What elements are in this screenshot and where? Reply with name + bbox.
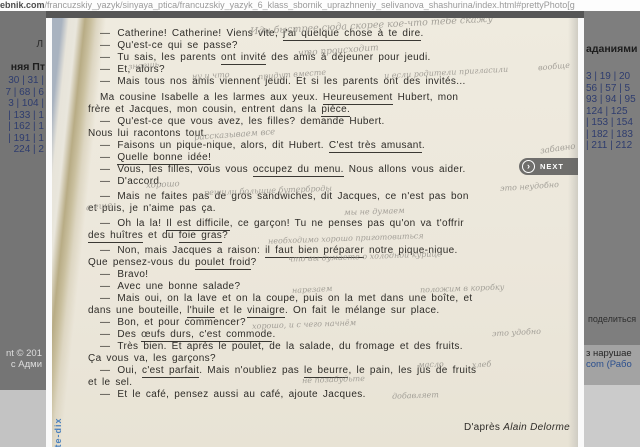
dialogue-dash: — xyxy=(100,28,110,39)
text-line: et le sel. xyxy=(88,377,132,388)
url-domain: ebnik.com xyxy=(0,0,45,10)
dialogue-dash: — xyxy=(100,176,110,187)
text-line: —Faisons un pique-nique, alors, dit Hube… xyxy=(100,140,425,151)
share-button[interactable]: поделиться xyxy=(588,314,636,324)
book-title-fragment: няя Пт xyxy=(11,61,45,73)
text-line: —Bon, et pour commencer? xyxy=(100,317,246,328)
dialogue-dash: — xyxy=(100,293,110,304)
dialogue-dash: — xyxy=(100,341,110,352)
copyright-line: nt © 201 xyxy=(6,348,42,359)
left-text-fragment: Л xyxy=(36,39,43,50)
next-arrow-icon: › xyxy=(522,160,535,173)
text-line: —Avec une bonne salade? xyxy=(100,281,240,292)
credit-author: Alain Delorme xyxy=(503,422,570,433)
dialogue-dash: — xyxy=(100,269,110,280)
text-line: Ça vous va, les garçons? xyxy=(88,353,216,364)
page-footer-right xyxy=(584,385,640,447)
dialogue-dash: — xyxy=(100,64,110,75)
right-title-fragment: аданиями xyxy=(586,43,638,55)
dialogue-dash: — xyxy=(100,317,110,328)
text-line: frère et Jacques, mon cousin, entrent da… xyxy=(88,104,350,115)
text-line: —Très bien. Et après le poulet, de la sa… xyxy=(100,341,463,352)
credit-line: D'après Alain Delorme xyxy=(464,422,570,433)
handwritten-annotation: мы не думаем xyxy=(344,206,405,217)
page-link-row[interactable]: 3 | 19 | 20 xyxy=(586,71,640,83)
handwritten-annotation: вообще xyxy=(538,61,571,73)
dialogue-dash: — xyxy=(100,389,110,400)
handwritten-annotation: это удобно xyxy=(492,327,541,339)
notice-band: з нарушае com (Рабо xyxy=(584,345,640,385)
dialogue-dash: — xyxy=(100,329,110,340)
text-line: dans une bouteille, l'huile et le vinaig… xyxy=(88,305,440,316)
photo-edge-shade xyxy=(568,18,578,447)
dialogue-dash: — xyxy=(100,40,110,51)
dialogue-dash: — xyxy=(100,245,110,256)
page-link-row[interactable]: 124 | 125 xyxy=(586,106,640,118)
text-line: —Et le café, pensez aussi au café, ajout… xyxy=(100,389,366,400)
left-page-links: 30 | 31 |7 | 68 | 63 | 104 || 133 | 1| 1… xyxy=(0,75,46,156)
page-link-row[interactable]: | 133 | 1 xyxy=(0,110,46,122)
dialogue-dash: — xyxy=(100,76,110,87)
handwritten-annotation: хлеб xyxy=(472,360,492,370)
overlay-top-strip xyxy=(46,11,584,18)
dialogue-dash: — xyxy=(100,140,110,151)
page-link-row[interactable]: | 211 | 212 xyxy=(586,140,640,152)
handwritten-annotation: хорошо, и с чего начнём xyxy=(252,318,356,331)
text-line: —Qu'est-ce qui se passe? xyxy=(100,40,238,51)
page-link-row[interactable]: | 191 | 1 xyxy=(0,133,46,145)
page-number-vertical: nte-dix xyxy=(53,390,67,447)
page-link-row[interactable]: 56 | 57 | 5 xyxy=(586,83,640,95)
page-link-row[interactable]: 3 | 104 | xyxy=(0,98,46,110)
next-label: NEXT xyxy=(540,162,564,171)
dialogue-dash: — xyxy=(100,365,110,376)
url-path: /francuzskiy_yazyk/sinyaya_ptica/francuz… xyxy=(45,0,575,10)
text-line: des huîtres et du foie gras? xyxy=(88,230,228,241)
dialogue-dash: — xyxy=(100,164,110,175)
page-link-row[interactable]: 7 | 68 | 6 xyxy=(0,87,46,99)
page-link-row[interactable]: | 182 | 183 xyxy=(586,129,640,141)
text-line: —Qu'est-ce que vous avez, les filles? de… xyxy=(100,116,385,127)
text-line: Que pensez-vous du poulet froid? xyxy=(88,257,257,268)
page-footer-left xyxy=(0,390,46,447)
page-link-row[interactable]: | 153 | 154 xyxy=(586,117,640,129)
text-line: Nous lui racontons tout. xyxy=(88,128,207,139)
handwritten-annotation: масло xyxy=(418,360,444,370)
right-page-links: 3 | 19 | 2056 | 57 | 593 | 94 | 95124 | … xyxy=(586,71,640,152)
handwritten-annotation: необходимо хорошо приготовиться xyxy=(268,231,424,245)
handwritten-annotation: не позабудьте xyxy=(302,374,365,385)
dialogue-dash: — xyxy=(100,218,110,229)
text-line: —Oh la la! Il est difficile, ce garçon! … xyxy=(100,218,464,229)
page-link-row[interactable]: 30 | 31 | xyxy=(0,75,46,87)
next-button[interactable]: › NEXT xyxy=(519,158,578,175)
dialogue-dash: — xyxy=(100,52,110,63)
dialogue-dash: — xyxy=(100,152,110,163)
dialogue-dash: — xyxy=(100,281,110,292)
text-line: —Mais oui, on la lave et on la coupe, pu… xyxy=(100,293,473,304)
left-sidebar: Л няя Пт 30 | 31 |7 | 68 | 63 | 104 || 1… xyxy=(0,11,46,390)
text-line: —Quelle bonne idée! xyxy=(100,152,211,163)
handwritten-annotation: хорошо xyxy=(146,179,180,191)
dialogue-dash: — xyxy=(100,116,110,127)
textbook-scan[interactable]: —Catherine! Catherine! Viens vite, j'ai … xyxy=(52,18,578,447)
notice-link[interactable]: com (Рабо xyxy=(584,359,640,370)
copyright-text: nt © 201 с Адми xyxy=(6,348,42,370)
text-line: —Bravo! xyxy=(100,269,148,280)
text-line: Ma cousine Isabelle a les larmes aux yeu… xyxy=(100,92,458,103)
notice-text: з нарушае xyxy=(584,348,640,359)
credit-prefix: D'après xyxy=(464,422,500,433)
page-link-row[interactable]: 224 | 2 xyxy=(0,144,46,156)
text-line: —Des œufs durs, c'est commode. xyxy=(100,329,276,340)
text-line: —Vous, les filles, vous vous occupez du … xyxy=(100,164,466,175)
page-link-row[interactable]: 93 | 94 | 95 xyxy=(586,94,640,106)
copyright-line: с Адми xyxy=(6,359,42,370)
page-link-row[interactable]: | 162 | 1 xyxy=(0,121,46,133)
right-sidebar: аданиями 3 | 19 | 2056 | 57 | 593 | 94 |… xyxy=(584,11,640,345)
handwritten-annotation: это неудобно xyxy=(500,180,559,193)
handwritten-annotation: положим в коробку xyxy=(420,283,505,295)
handwritten-annotation: добавляет xyxy=(392,390,439,401)
